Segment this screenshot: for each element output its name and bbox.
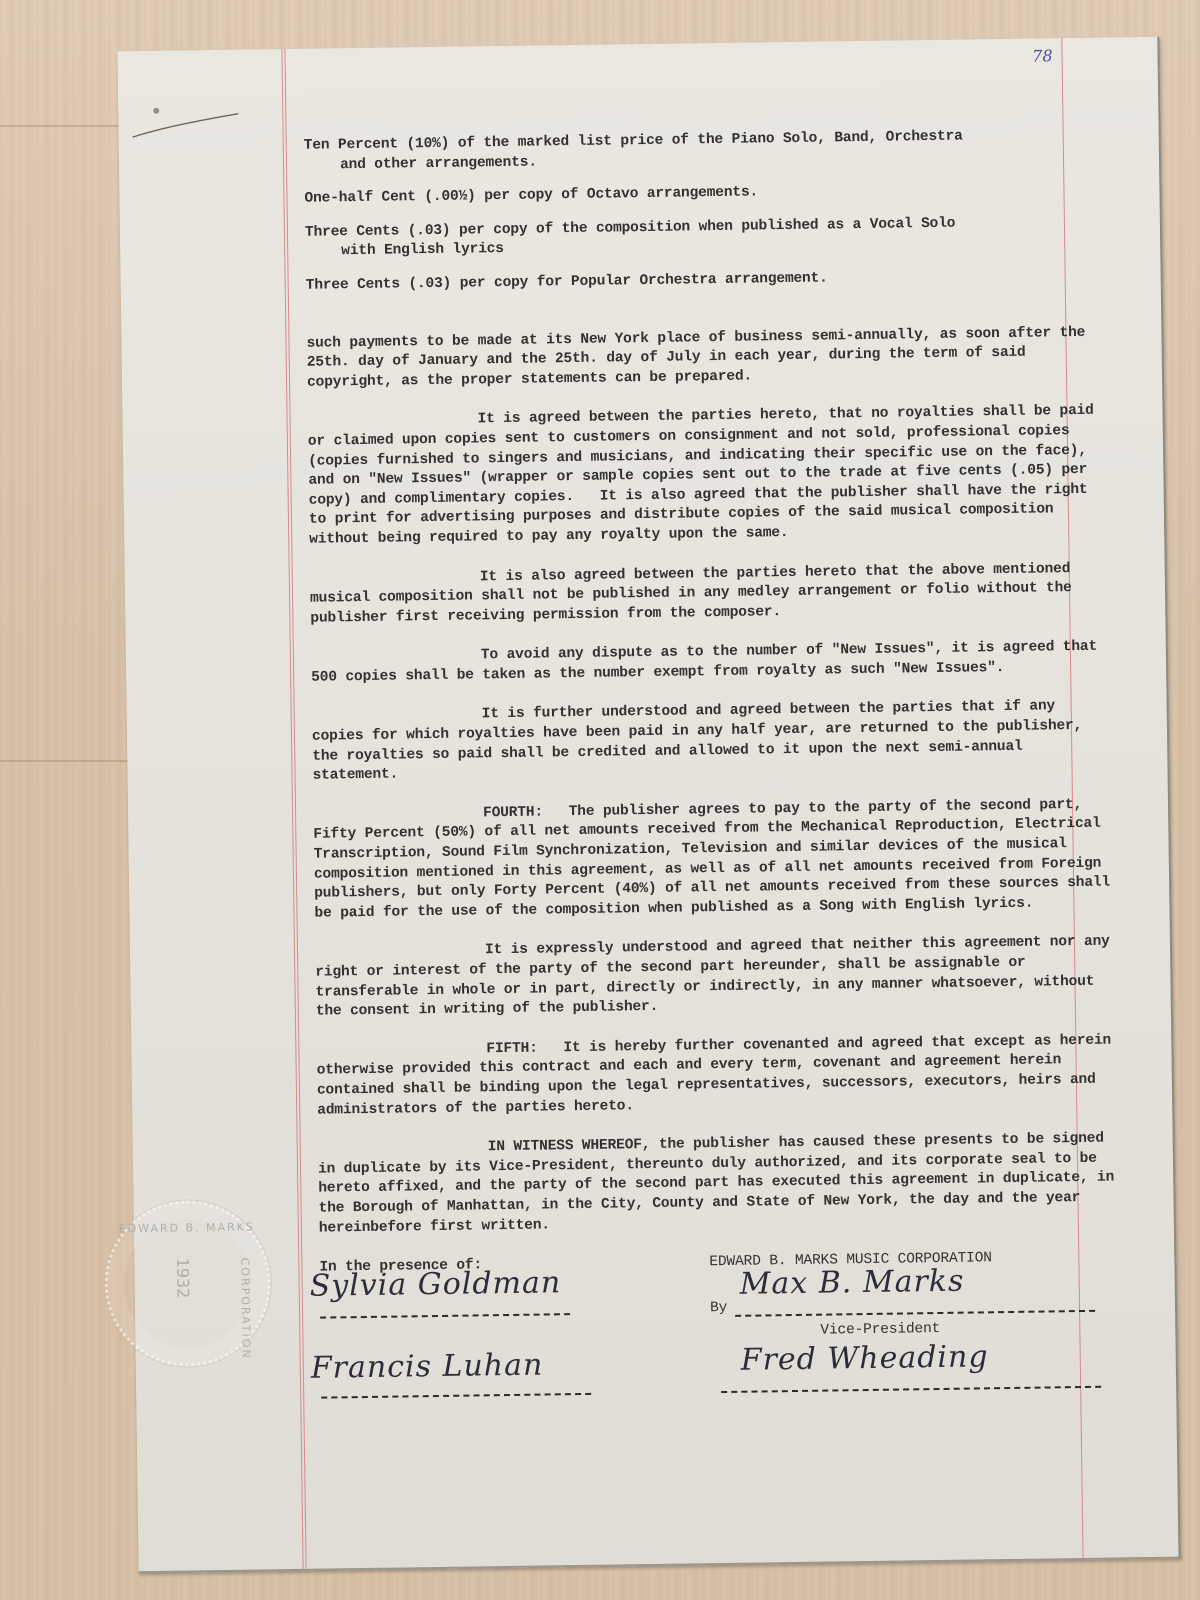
contract-paragraph: It is further understood and agreed betw… — [312, 697, 1113, 787]
left-margin-rule — [281, 49, 306, 1569]
corporate-seal-emboss: EDWARD B. MARKS 1932 CORPORATION — [103, 1199, 271, 1367]
royalty-rates: Ten Percent (10%) of the marked list pri… — [304, 126, 1106, 297]
second-party-signature: Fred Wheading — [741, 1347, 989, 1370]
page-number: 78 — [1032, 46, 1053, 65]
royalty-rate-item: Three Cents (.03) per copy of the compos… — [305, 212, 1105, 262]
contract-page: 78 EDWARD B. MARKS 1932 CORPORATION Ten … — [117, 37, 1180, 1573]
witness-signature-2: Francis Luhan — [311, 1356, 544, 1379]
paragraph-text: such payments to be made at its New York… — [306, 324, 1093, 390]
contract-paragraph: It is also agreed between the parties he… — [310, 559, 1111, 629]
paper-tear-mark — [128, 99, 259, 141]
by-label: By — [710, 1299, 727, 1319]
contract-paragraph: To avoid any dispute as to the number of… — [311, 638, 1111, 688]
contract-paragraph: It is agreed between the parties hereto,… — [307, 402, 1109, 550]
wood-seam — [0, 760, 140, 762]
paragraph-text: To avoid any dispute as to the number of… — [311, 639, 1106, 686]
company-signature: Max B. Marks — [740, 1272, 965, 1295]
paragraph-text: IN WITNESS WHEREOF, the publisher has ca… — [318, 1131, 1123, 1236]
witness-line-2 — [321, 1393, 591, 1399]
contract-paragraph: It is expressly understood and agreed th… — [315, 933, 1116, 1023]
royalty-rate-item: Three Cents (.03) per copy for Popular O… — [306, 266, 1106, 297]
paragraph-text: It is also agreed between the parties he… — [310, 560, 1080, 626]
vice-president-title: Vice-President — [820, 1320, 940, 1341]
paragraph-text: It is expressly understood and agreed th… — [315, 934, 1118, 1020]
seal-side-text: CORPORATION — [238, 1258, 252, 1360]
witness-signature-1: Sylvia Goldman — [310, 1273, 562, 1296]
contract-paragraph: FIFTH: It is hereby further covenanted a… — [316, 1031, 1117, 1121]
royalty-rate-item: One-half Cent (.00½) per copy of Octavo … — [304, 179, 1104, 210]
witness-line-1 — [320, 1313, 570, 1318]
company-signature-line — [735, 1310, 1095, 1317]
contract-paragraph: FOURTH: The publisher agrees to pay to t… — [313, 795, 1115, 924]
rate-line: One-half Cent (.00½) per copy of Octavo … — [304, 185, 758, 207]
second-party-line — [721, 1386, 1101, 1393]
contract-paragraphs: such payments to be made at its New York… — [306, 323, 1119, 1239]
paragraph-text: It is agreed between the parties hereto,… — [308, 403, 1103, 548]
signature-block: In the presence of: EDWARD B. MARKS MUSI… — [319, 1248, 1121, 1429]
paragraph-text: It is further understood and agreed betw… — [312, 699, 1091, 784]
contract-paragraph: such payments to be made at its New York… — [306, 323, 1107, 393]
rate-line: Three Cents (.03) per copy for Popular O… — [306, 270, 828, 293]
contract-body: Ten Percent (10%) of the marked list pri… — [304, 126, 1122, 1429]
seal-year: 1932 — [173, 1258, 193, 1299]
paragraph-text: FIFTH: It is hereby further covenanted a… — [317, 1032, 1120, 1118]
contract-paragraph: IN WITNESS WHEREOF, the publisher has ca… — [318, 1130, 1119, 1239]
paragraph-text: FOURTH: The publisher agrees to pay to t… — [313, 797, 1118, 922]
royalty-rate-item: Ten Percent (10%) of the marked list pri… — [304, 126, 1104, 176]
seal-top-text: EDWARD B. MARKS — [107, 1220, 267, 1235]
